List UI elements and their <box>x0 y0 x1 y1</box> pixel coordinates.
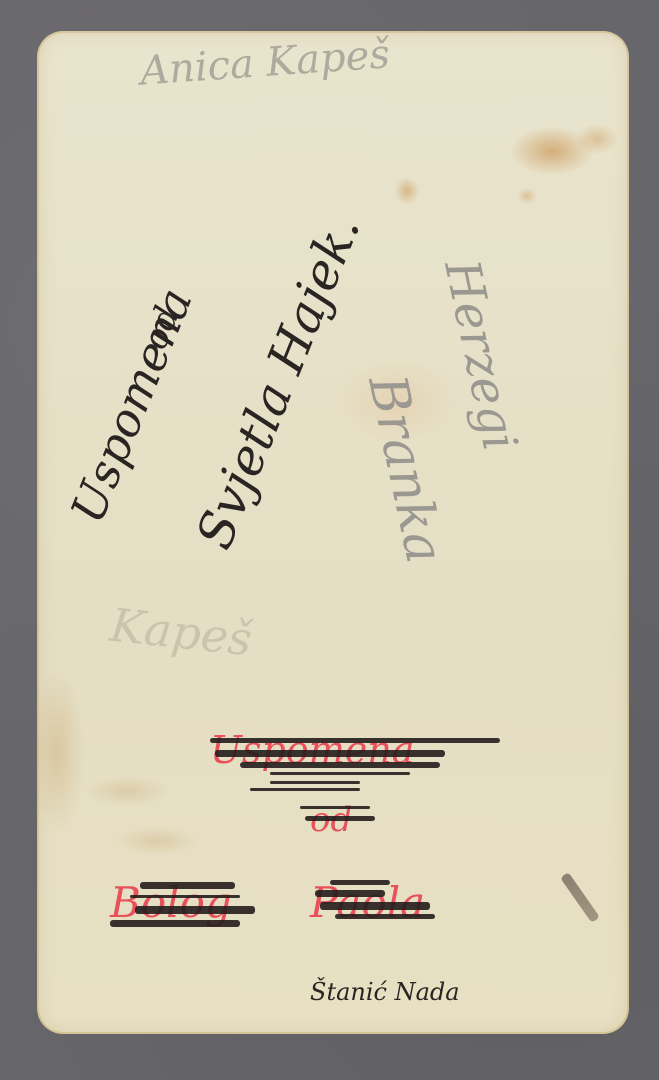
ink-scribble <box>135 906 255 914</box>
ink-scribble <box>110 920 240 927</box>
ink-scribble <box>140 882 235 889</box>
struck-out-dedication: Uspomena od Bolog Paola <box>0 0 659 1080</box>
ink-scribble <box>335 914 435 919</box>
ink-scribble <box>300 806 370 809</box>
ink-scribble <box>315 890 385 897</box>
ink-scribble <box>240 762 440 768</box>
ink-scribble <box>305 816 375 821</box>
ink-scribble <box>215 750 445 757</box>
ink-scribble <box>270 772 410 775</box>
ink-scribble <box>210 738 500 743</box>
ink-scribble <box>250 788 360 791</box>
ink-scribble <box>330 880 390 885</box>
ink-scribble <box>130 895 240 898</box>
signature: Štanić Nada <box>310 978 460 1006</box>
ink-scribble <box>320 902 430 910</box>
ink-scribble <box>270 781 360 784</box>
